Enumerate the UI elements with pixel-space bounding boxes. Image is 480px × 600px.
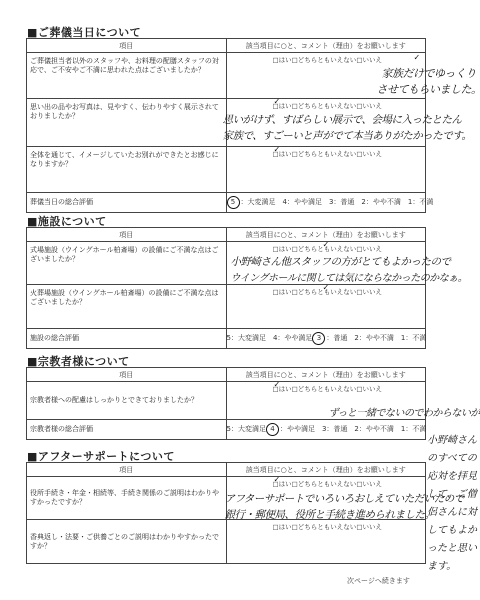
overall-rating: 5：大変満足4：やや満足 3：普通 2：やや不満 1：不満 bbox=[226, 420, 426, 440]
choice-group: □はい □どちらともいえない □いいえ bbox=[227, 477, 426, 488]
handwritten-comment-line: 家族だけでゆっくり bbox=[382, 65, 476, 81]
question-text: ご葬儀担当者以外のスタッフや、お料理の配膳スタッフの対応で、ご不安やご不満に思わ… bbox=[27, 53, 227, 99]
answer-cell: □はい □どちらともいえない □いいえ ✓ 小野崎さん他スタッフの方がとてもよか… bbox=[226, 242, 426, 285]
header-comment: 該当項目に○と、コメント（理由）をお願いします bbox=[226, 463, 426, 477]
choice-group: □はい □どちらともいえない □いいえ bbox=[227, 99, 426, 110]
rating-circle-icon[interactable]: 4 bbox=[266, 423, 279, 436]
choice-group: □はい □どちらともいえない □いいえ bbox=[227, 53, 426, 64]
facilities-table: 項目 該当項目に○と、コメント（理由）をお願いします 式場施設（ウイングホール柏… bbox=[26, 227, 426, 349]
question-text: 宗教者様への配慮はしっかりとできておりましたか？ bbox=[27, 382, 227, 420]
answer-cell: □はい □どちらともいえない □いいえ ✓ 家族だけでゆっくり させてもらいまし… bbox=[226, 53, 426, 99]
after-support-table: 項目 該当項目に○と、コメント（理由）をお願いします 役所手続き・年金・相続等、… bbox=[26, 462, 426, 564]
answer-cell: □はい □どちらともいえない □いいえ ✓ bbox=[226, 285, 426, 329]
choice-neutral[interactable]: □どちらともいえない bbox=[292, 522, 357, 531]
question-text: 全体を通じて、イメージしていたお別れができたとお感じになりますか？ bbox=[27, 147, 227, 193]
choice-group: □はい □どちらともいえない □いいえ bbox=[227, 520, 426, 531]
answer-cell: □はい □どちらともいえない □いいえ bbox=[226, 520, 426, 564]
choice-no[interactable]: □いいえ bbox=[356, 149, 382, 158]
check-mark-icon: ✓ bbox=[414, 53, 421, 62]
choice-yes[interactable]: □はい bbox=[273, 244, 292, 253]
header-item: 項目 bbox=[27, 228, 227, 242]
handwritten-comment-line: ずっと一緒でないのでわからないが、 bbox=[329, 404, 480, 419]
choice-no[interactable]: □いいえ bbox=[356, 244, 382, 253]
question-text: 火葬場施設（ウイングホール柏斎場）の設備にご不満な点はございましたか？ bbox=[27, 285, 227, 329]
choice-no[interactable]: □いいえ bbox=[356, 479, 382, 488]
check-mark-icon: ✓ bbox=[274, 475, 281, 484]
choice-no[interactable]: □いいえ bbox=[356, 101, 382, 110]
header-item: 項目 bbox=[27, 463, 227, 477]
overall-rating: 5：大変満足 4：やや満足 3：普通 2：やや不満 1：不満 bbox=[226, 193, 426, 213]
question-text: 香典返し・法要・ご供養ごとのご説明はわかりやすかったですか？ bbox=[27, 520, 227, 564]
check-mark-icon: ✓ bbox=[323, 283, 330, 292]
handwritten-side-note: 小野崎さんのすべての応対を拝見して、ご僧侶さんに対してもよかったと思います。 bbox=[427, 432, 477, 576]
check-mark-icon: ✓ bbox=[274, 145, 281, 154]
handwritten-comment-line: させてもらいました。 bbox=[377, 81, 480, 97]
answer-cell: □はい □どちらともいえない □いいえ ✓ アフターサポートでいろいろおしえてい… bbox=[226, 477, 426, 520]
question-text: 思い出の品やお写真は、見やすく、伝わりやすく展示されておりましたか？ bbox=[27, 99, 227, 147]
question-text: 式場施設（ウイングホール柏斎場）の設備にご不満な点はございましたか？ bbox=[27, 242, 227, 285]
check-mark-icon: ✓ bbox=[274, 97, 281, 106]
choice-neutral[interactable]: □どちらともいえない bbox=[292, 149, 357, 158]
overall-label: 宗教者様の総合評価 bbox=[27, 420, 227, 440]
choice-no[interactable]: □いいえ bbox=[356, 55, 382, 64]
funeral-day-table: 項目 該当項目に○と、コメント（理由）をお願いします ご葬儀担当者以外のスタッフ… bbox=[26, 38, 426, 213]
check-mark-icon: ✓ bbox=[323, 240, 330, 249]
choice-neutral[interactable]: □どちらともいえない bbox=[292, 384, 357, 393]
handwritten-comment-line: 家族で、すごーいと声がでて本当ありがたかったです。 bbox=[223, 128, 472, 143]
religious-table: 項目 該当項目に○と、コメント（理由）をお願いします 宗教者様への配慮はしっかり… bbox=[26, 367, 426, 440]
rating-circle-icon[interactable]: 3 bbox=[312, 332, 325, 345]
header-comment: 該当項目に○と、コメント（理由）をお願いします bbox=[226, 39, 426, 53]
answer-cell: □はい □どちらともいえない □いいえ ✓ ずっと一緒でないのでわからないが、 bbox=[226, 382, 426, 420]
handwritten-comment-line: 思いがけず、すばらしい展示で、会場に入ったとたん bbox=[223, 112, 462, 127]
choice-group: □はい □どちらともいえない □いいえ bbox=[227, 147, 426, 158]
answer-cell: □はい □どちらともいえない □いいえ ✓ bbox=[226, 147, 426, 193]
overall-label: 葬儀当日の総合評価 bbox=[27, 193, 227, 213]
header-item: 項目 bbox=[27, 39, 227, 53]
header-comment: 該当項目に○と、コメント（理由）をお願いします bbox=[226, 368, 426, 382]
choice-no[interactable]: □いいえ bbox=[356, 287, 382, 296]
continued-next-page: 次ページへ続きます bbox=[347, 576, 410, 586]
choice-no[interactable]: □いいえ bbox=[356, 522, 382, 531]
choice-no[interactable]: □いいえ bbox=[356, 384, 382, 393]
choice-neutral[interactable]: □どちらともいえない bbox=[292, 55, 357, 64]
handwritten-comment-line: ウイングホールに関しては気にならなかったのかなぁ。 bbox=[231, 269, 468, 284]
choice-neutral[interactable]: □どちらともいえない bbox=[292, 101, 357, 110]
answer-cell: □はい □どちらともいえない □いいえ ✓ 思いがけず、すばらしい展示で、会場に… bbox=[226, 99, 426, 147]
check-mark-icon: ✓ bbox=[274, 380, 281, 389]
header-item: 項目 bbox=[27, 368, 227, 382]
overall-label: 施設の総合評価 bbox=[27, 329, 227, 349]
rating-circle-icon[interactable]: 5 bbox=[227, 196, 240, 209]
choice-yes[interactable]: □はい bbox=[273, 55, 292, 64]
choice-yes[interactable]: □はい bbox=[273, 522, 292, 531]
choice-yes[interactable]: □はい bbox=[273, 287, 292, 296]
choice-group: □はい □どちらともいえない □いいえ bbox=[227, 382, 426, 393]
choice-neutral[interactable]: □どちらともいえない bbox=[292, 479, 357, 488]
handwritten-comment-line: 小野崎さん他スタッフの方がとてもよかったので bbox=[231, 254, 451, 269]
overall-rating: 5：大変満足 4：やや満足3：普通 2：やや不満 1：不満 bbox=[226, 329, 426, 349]
question-text: 役所手続き・年金・相続等、手続き関係のご説明はわかりやすかったですか？ bbox=[27, 477, 227, 520]
